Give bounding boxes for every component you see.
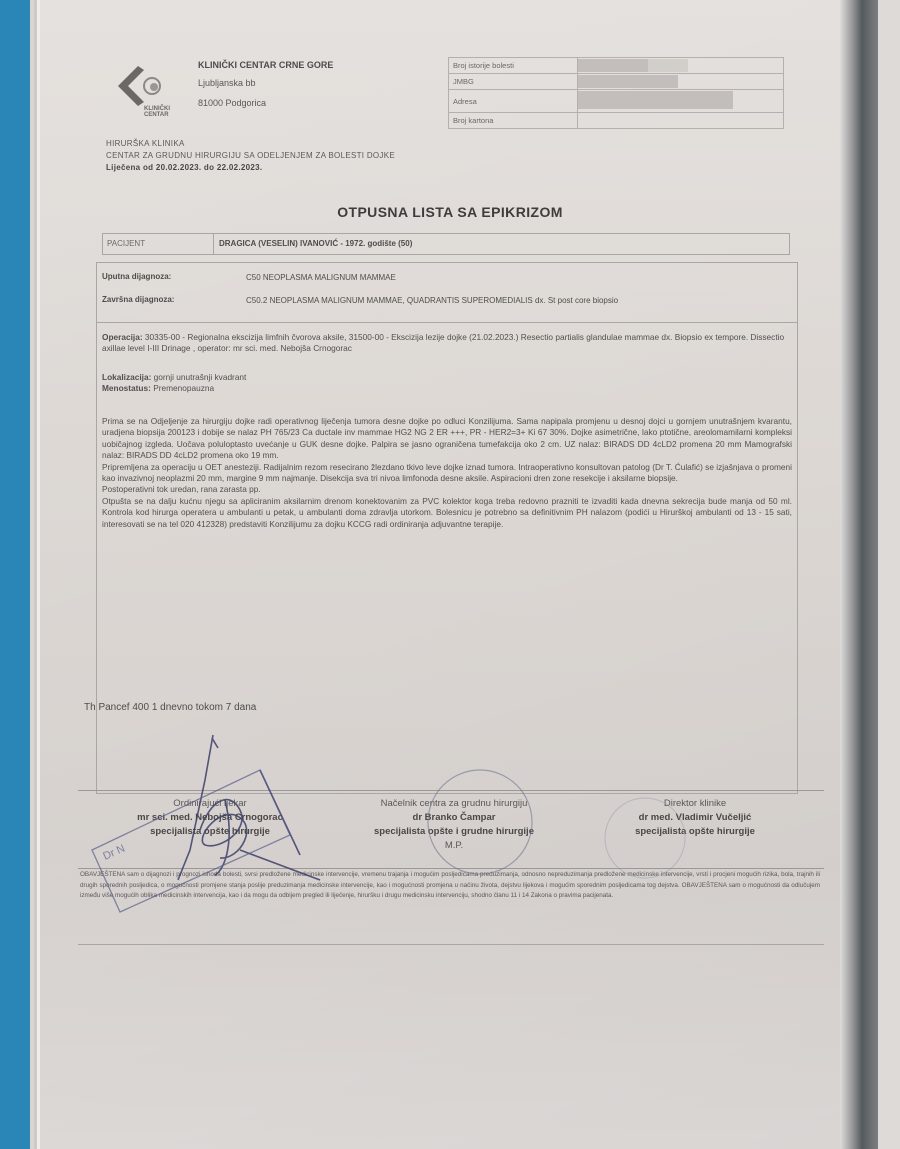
epicrisis-paragraph: Otpušta se na dalju kućnu njegu sa aplic… [102, 496, 792, 530]
patient-id-table: Broj istorije bolesti JMBG Adresa Broj k… [448, 57, 784, 129]
operation-label: Operacija: [102, 332, 143, 342]
id-value-redacted [578, 74, 784, 90]
id-label: Broj kartona [449, 113, 578, 129]
patient-row: PACIJENT DRAGICA (VESELIN) IVANOVIĆ - 19… [102, 233, 790, 255]
id-value-redacted [578, 58, 784, 74]
epicrisis-text: Prima se na Odjeljenje za hirurgiju dojk… [102, 416, 792, 530]
signature-specialty: specijalista opšte hirurgije [575, 825, 815, 839]
center-name: CENTAR ZA GRUDNU HIRURGIJU SA ODELJENJEM… [106, 150, 395, 162]
id-value-redacted [578, 90, 784, 113]
institution-street: Ljubljanska bb [198, 72, 333, 94]
final-diagnosis-value: C50.2 NEOPLASMA MALIGNUM MAMMAE, QUADRAN… [246, 295, 776, 306]
patient-label: PACIJENT [107, 239, 145, 248]
signature-role: Načelnik centra za grudnu hirurgiju [334, 797, 574, 811]
hospital-logo-icon: KLINIČKI CENTAR [110, 58, 190, 118]
signature-attending: Ordinirajući ljekar mr sci. med. Nebojša… [90, 797, 330, 839]
divider [96, 322, 798, 323]
therapy-line: Th Pancef 400 1 dnevno tokom 7 dana [84, 702, 256, 713]
operation-value: 30335-00 - Regionalna ekscizija limfnih … [102, 332, 784, 353]
epicrisis-paragraph: Prima se na Odjeljenje za hirurgiju dojk… [102, 416, 792, 462]
stamp-label: M.P. [334, 839, 574, 853]
document-title: OTPUSNA LISTA SA EPIKRIZOM [0, 204, 900, 220]
plastic-sleeve-edge [838, 0, 878, 1149]
signature-name: dr Branko Čampar [334, 811, 574, 825]
patient-name: DRAGICA (VESELIN) IVANOVIĆ - 1972. godiš… [219, 239, 412, 248]
department-info: HIRURŠKA KLINIKA CENTAR ZA GRUDNU HIRURG… [106, 138, 395, 174]
folder-background [0, 0, 30, 1149]
signature-director: Direktor klinike dr med. Vladimir Vučelj… [575, 797, 815, 839]
admission-diagnosis-label: Uputna dijagnoza: [102, 272, 171, 281]
localization-label: Lokalizacija: [102, 372, 151, 382]
signature-specialty: specijalista opšte i grudne hirurgije [334, 825, 574, 839]
table-row: JMBG [449, 74, 784, 90]
epicrisis-paragraph: Postoperativni tok uredan, rana zarasta … [102, 484, 792, 495]
signature-name: dr med. Vladimir Vučeljić [575, 811, 815, 825]
final-diagnosis-label: Završna dijagnoza: [102, 295, 174, 304]
svg-text:CENTAR: CENTAR [144, 112, 169, 118]
table-row: Adresa [449, 90, 784, 113]
signature-role: Ordinirajući ljekar [90, 797, 330, 811]
localization-value: gornji unutrašnji kvadrant [154, 372, 247, 382]
id-label: Adresa [449, 90, 578, 113]
clinic-name: HIRURŠKA KLINIKA [106, 138, 395, 150]
svg-text:KLINIČKI: KLINIČKI [144, 105, 170, 112]
divider [78, 790, 824, 791]
treatment-dates: Liječena od 20.02.2023. do 22.02.2023. [106, 162, 395, 174]
signature-head-of-center: Načelnik centra za grudnu hirurgiju dr B… [334, 797, 574, 853]
institution-header: KLINIČKI CENTAR CRNE GORE Ljubljanska bb… [198, 58, 333, 112]
id-value [578, 113, 784, 129]
next-page-edge [878, 0, 900, 1149]
localization-section: Lokalizacija: gornji unutrašnji kvadrant… [102, 372, 792, 395]
menostatus-value: Premenopauzna [153, 383, 214, 393]
institution-city: 81000 Podgorica [198, 94, 333, 112]
institution-name: KLINIČKI CENTAR CRNE GORE [198, 58, 333, 72]
signature-role: Direktor klinike [575, 797, 815, 811]
table-row: Broj istorije bolesti [449, 58, 784, 74]
consent-text: OBAVJEŠTENA sam o dijagnozi i prognozi i… [80, 870, 820, 932]
signature-name: mr sci. med. Nebojša Crnogorac [90, 811, 330, 825]
id-label: JMBG [449, 74, 578, 90]
admission-diagnosis-value: C50 NEOPLASMA MALIGNUM MAMMAE [246, 272, 776, 283]
epicrisis-paragraph: Pripremljena za operaciju u OET anestezi… [102, 462, 792, 485]
menostatus-label: Menostatus: [102, 383, 151, 393]
signature-specialty: specijalista opšte hirurgije [90, 825, 330, 839]
id-label: Broj istorije bolesti [449, 58, 578, 74]
divider [213, 234, 214, 254]
operation-section: Operacija: 30335-00 - Regionalna ekscizi… [102, 332, 792, 355]
table-row: Broj kartona [449, 113, 784, 129]
